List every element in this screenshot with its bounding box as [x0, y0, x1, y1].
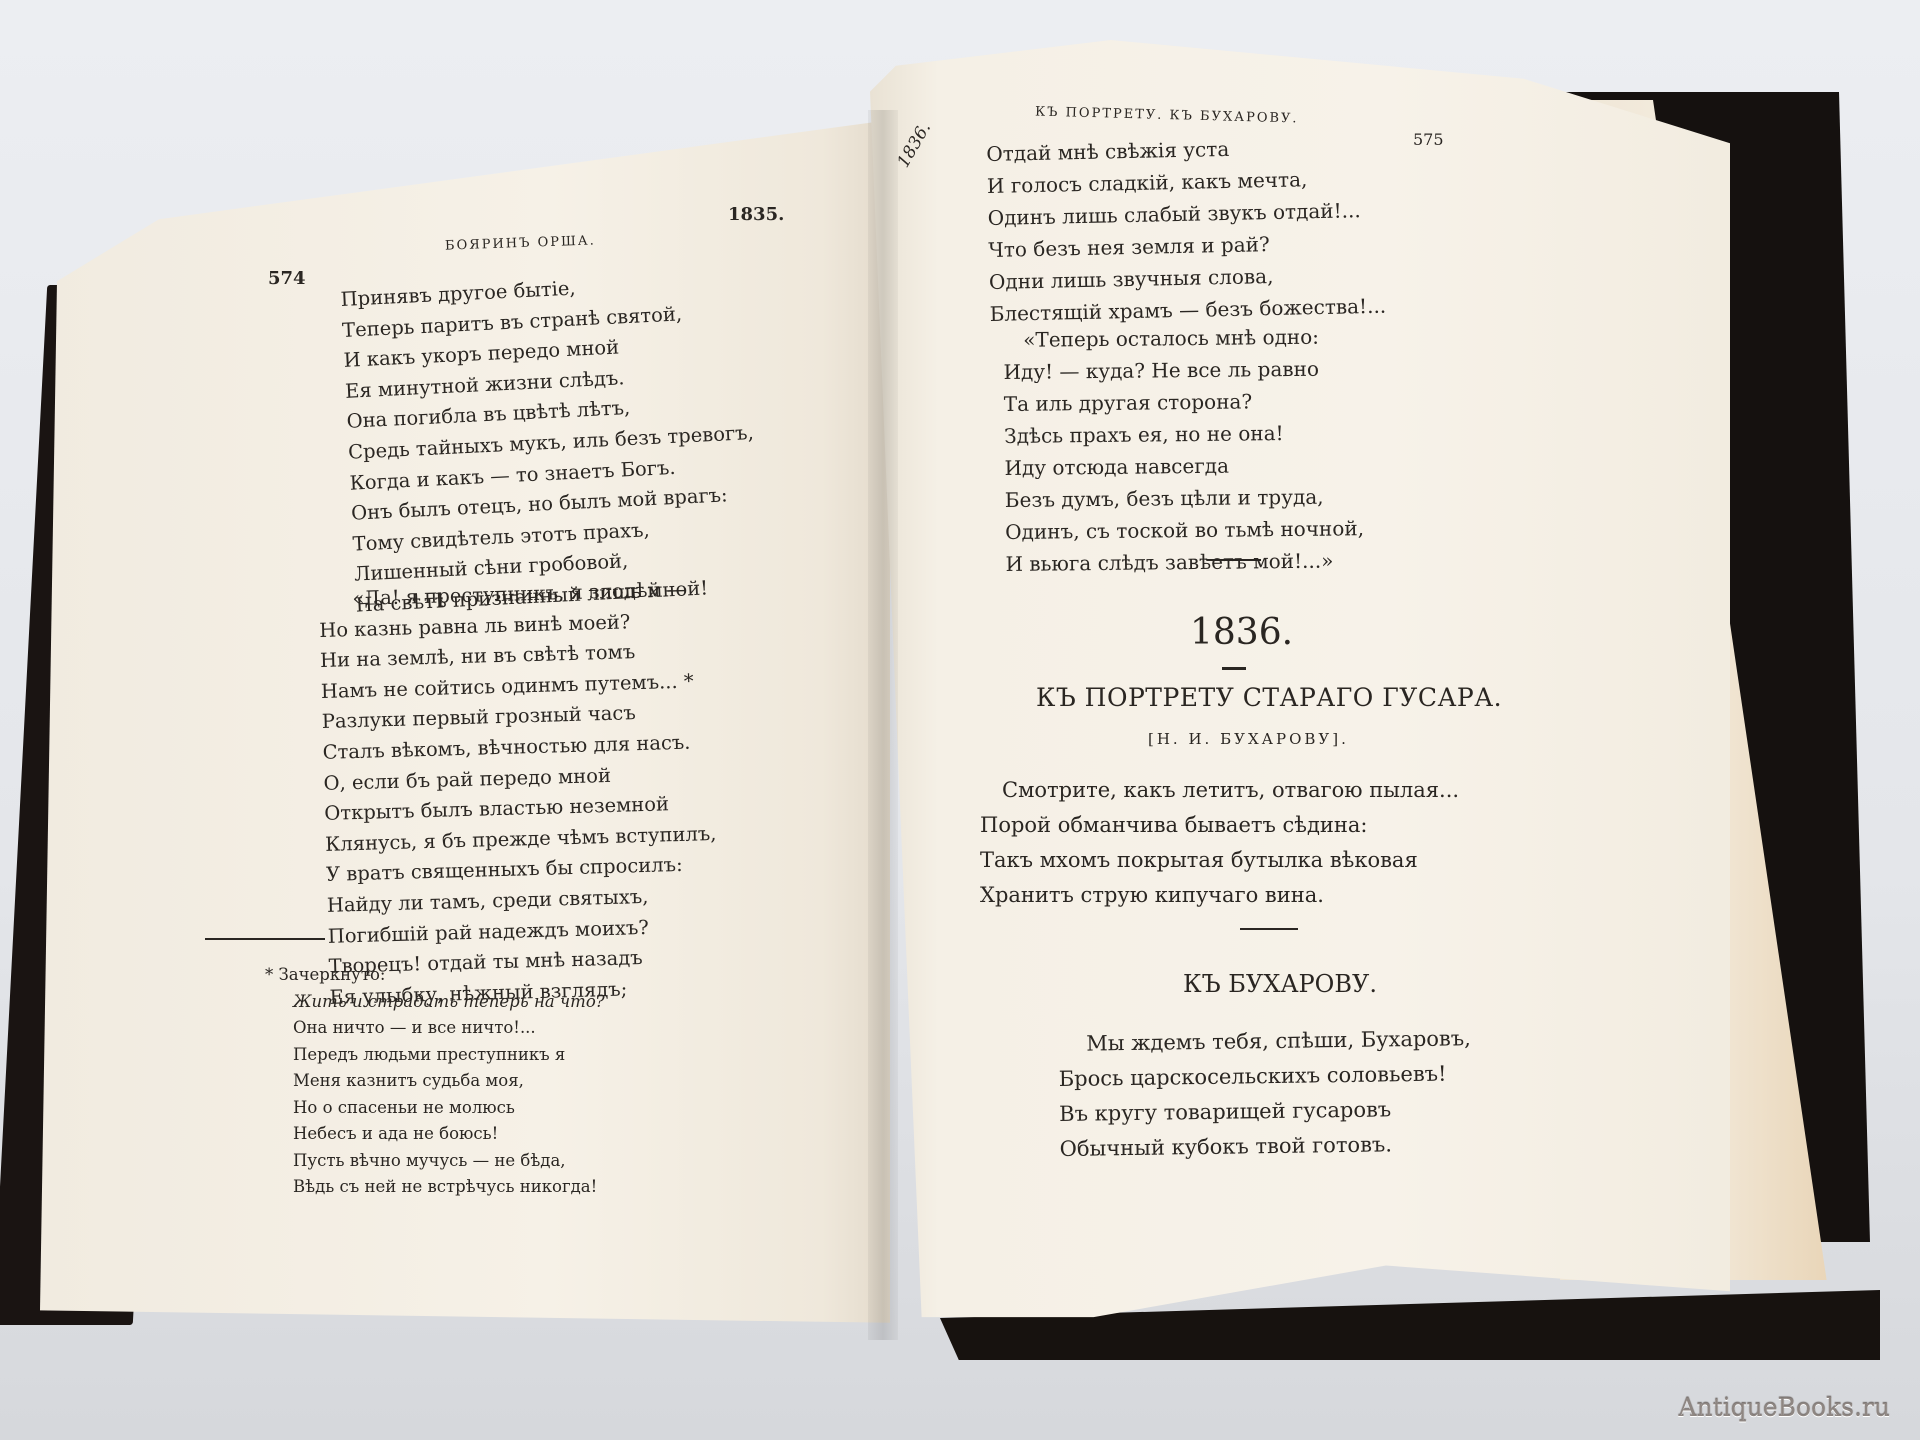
footnote-line: Передъ людьми преступникъ я [293, 1042, 605, 1069]
verse-line: Та иль другая сторона? [1004, 384, 1363, 420]
verse-line: Такъ мхомъ покрытая бутылка вѣковая [980, 843, 1459, 878]
verse-line: Обычный кубокъ твой готовъ. [1059, 1126, 1472, 1167]
right-continuation-1: Отдай мнѣ свѣжія уста И голосъ сладкій, … [986, 130, 1386, 330]
verse-line: Брось царскосельскихъ соловьевъ! [1058, 1056, 1471, 1097]
poem-1-body: Смотрите, какъ летитъ, отвагою пылая... … [980, 773, 1459, 913]
footnote-rule [205, 938, 325, 940]
watermark: AntiqueBooks.ru [1678, 1393, 1890, 1422]
verse-line: И вьюга слѣдъ завѣетъ мой!...» [1005, 544, 1364, 580]
verse-line: Одинъ, съ тоской во тьмѣ ночной, [1005, 512, 1364, 548]
verse-line: Порой обманчива бываетъ сѣдина: [980, 808, 1459, 843]
verse-line: Смотрите, какъ летитъ, отвагою пылая... [980, 773, 1459, 808]
left-stanza-1: Принявъ другое бытіе, Теперь паритъ въ с… [340, 265, 762, 621]
left-stanza-2: «Да! я преступникъ, я злодѣй — Но казнь … [318, 574, 721, 1013]
footnote-line: Но о спасеньи не молюсь [293, 1095, 605, 1122]
section-rule [1207, 559, 1261, 561]
footnote-line: Она ничто — и все ничто!... [293, 1015, 605, 1042]
footnote-line: Вѣдь съ ней не встрѣчусь никогда! [293, 1174, 605, 1201]
section-rule-2 [1240, 928, 1298, 930]
footnote-label: * Зачеркнуто: [265, 962, 605, 989]
verse-line: Въ кругу товарищей гусаровъ [1059, 1091, 1472, 1132]
footnote-lines: Жить и страдать теперь на что? Она ничто… [265, 989, 605, 1201]
poem-2-title: КЪ БУХАРОВУ. [1183, 970, 1377, 998]
verse-line: Здѣсь прахъ ея, но не она! [1004, 416, 1363, 452]
poem-2-body: Мы ждемъ тебя, спѣши, Бухаровъ, Брось ца… [1058, 1021, 1473, 1167]
year-dash [1222, 667, 1246, 670]
poem-1-title: КЪ ПОРТРЕТУ СТАРАГО ГУСАРА. [1036, 683, 1502, 712]
right-continuation-2: «Теперь осталось мнѣ одно: Иду! — куда? … [1003, 320, 1365, 580]
footnote-line: Меня казнитъ судьба моя, [293, 1068, 605, 1095]
book-gutter [868, 110, 898, 1340]
poem-1-dedication: [Н. И. БУХАРОВУ]. [1148, 730, 1349, 748]
footnote: * Зачеркнуто: Жить и страдать теперь на … [265, 962, 605, 1201]
verse-line: «Теперь осталось мнѣ одно: [1003, 320, 1362, 356]
footnote-line: Жить и страдать теперь на что? [293, 989, 605, 1016]
verse-line: Мы ждемъ тебя, спѣши, Бухаровъ, [1058, 1021, 1471, 1062]
left-page-number: 574 [268, 268, 306, 289]
verse-line: Безъ думъ, безъ цѣли и труда, [1005, 480, 1364, 516]
verse-line: Иду! — куда? Не все ль равно [1003, 352, 1362, 388]
book-photo: 1835. БОЯРИНЪ ОРША. 574 Принявъ другое б… [0, 0, 1920, 1440]
left-year-marker: 1835. [728, 204, 784, 225]
section-year: 1836. [1190, 612, 1293, 653]
verse-line: Иду отсюда навсегда [1004, 448, 1363, 484]
right-page-number: 575 [1413, 130, 1444, 149]
footnote-line: Пусть вѣчно мучусь — не бѣда, [293, 1148, 605, 1175]
footnote-line: Небесъ и ада не боюсь! [293, 1121, 605, 1148]
verse-line: Хранитъ струю кипучаго вина. [980, 878, 1459, 913]
